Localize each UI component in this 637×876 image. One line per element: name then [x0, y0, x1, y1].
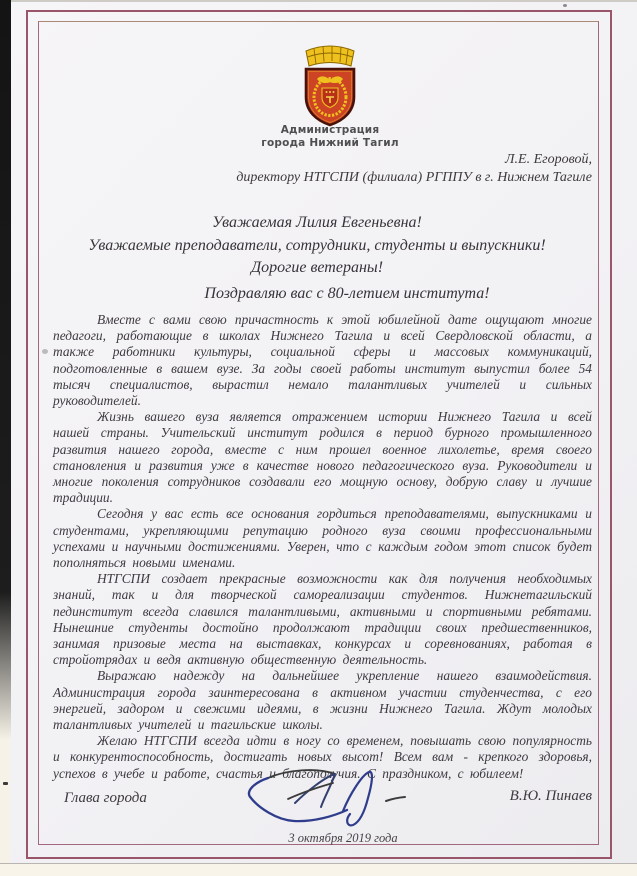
- signer-name: В.Ю. Пинаев: [400, 788, 592, 805]
- organization-name: Администрация города Нижний Тагил: [240, 124, 420, 150]
- congratulation-line: Поздравляю вас с 80-летием института!: [72, 285, 622, 303]
- scan-speck: [42, 349, 48, 354]
- scan-bottom-edge: [0, 863, 637, 876]
- letter-paragraph: НТГСПИ создает прекрасные возможности ка…: [53, 571, 592, 668]
- scan-speck: [563, 4, 567, 7]
- salutation-line: Уважаемые преподаватели, сотрудники, сту…: [42, 235, 592, 258]
- mural-crown-icon: [306, 46, 354, 66]
- letter-paragraph: Жизнь вашего вуза является отражением ис…: [53, 409, 592, 506]
- organization-name-line1: Администрация: [240, 124, 420, 137]
- addressee-position: директору НТГСПИ (филиала) РГППУ в г. Ни…: [200, 169, 592, 187]
- salutation-line: Уважаемая Лилия Евгеньевна!: [42, 212, 592, 235]
- scan-speck: [3, 782, 8, 785]
- letter-page: Администрация города Нижний Тагил Л.Е. Е…: [10, 2, 637, 863]
- organization-name-line2: города Нижний Тагил: [240, 137, 420, 150]
- inner-shield-icon: [322, 88, 338, 108]
- letter-body: Вместе с вами свою причастность к этой ю…: [53, 312, 592, 782]
- salutation-block: Уважаемая Лилия Евгеньевна! Уважаемые пр…: [42, 212, 592, 280]
- scan-left-edge: [0, 0, 11, 740]
- letter-paragraph: Вместе с вами свою причастность к этой ю…: [53, 312, 592, 409]
- letter-paragraph: Сегодня у вас есть все основания гордить…: [53, 506, 592, 571]
- letter-paragraph: Выражаю надежду на дальнейшее укрепление…: [53, 668, 592, 733]
- addressee-block: Л.Е. Егоровой, директору НТГСПИ (филиала…: [200, 151, 592, 186]
- salutation-line: Дорогие ветераны!: [42, 257, 592, 280]
- signer-title: Глава города: [64, 790, 147, 807]
- letter-date: 3 октября 2019 года: [70, 831, 616, 846]
- scanned-letter: Администрация города Нижний Тагил Л.Е. Е…: [0, 0, 637, 876]
- addressee-name: Л.Е. Егоровой,: [200, 151, 592, 169]
- city-coat-of-arms-icon: [296, 44, 364, 128]
